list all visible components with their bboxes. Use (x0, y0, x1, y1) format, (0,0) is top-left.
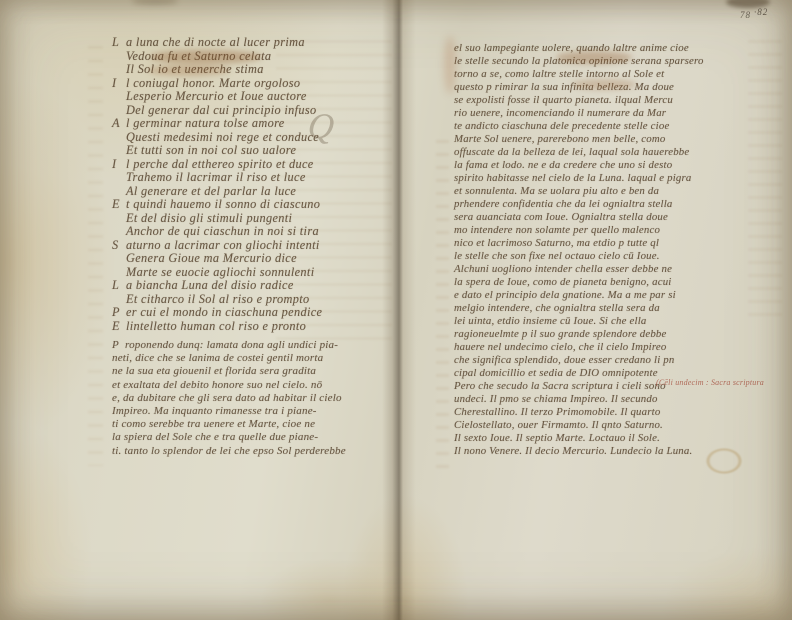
prose-line-text: le stelle secundo la platonica opinione … (454, 55, 704, 68)
prose-line-text: Impireo. Ma inquanto rimanesse tra i pia… (112, 405, 317, 418)
prose-line-text: Pero che secudo la Sacra scriptura i cie… (454, 380, 666, 393)
prose-line: Marte Sol uenere, parerebono men belle, … (454, 133, 760, 146)
prose-line: torno a se, como laltre stelle intorno a… (454, 68, 760, 81)
verse-line-text: Et del disio gli stimuli pungenti (126, 212, 292, 226)
prose-line-text: el suo lampegiante uolere, quando laltre… (454, 42, 689, 55)
verse-initial (112, 293, 126, 307)
verse-initial (112, 212, 126, 226)
prose-line: spirito habitasse nel cielo de la Luna. … (454, 172, 760, 185)
verse-line: A l germinar natura tolse amore (112, 117, 404, 131)
verse-initial: P (112, 306, 126, 320)
verse-line-text: t quindi hauemo il sonno di ciascuno (126, 198, 320, 212)
prose-line-text: offuscate da la belleza de lei, laqual s… (454, 146, 689, 159)
prose-line-text: undeci. Il pmo se chiama Impireo. Il sec… (454, 393, 658, 406)
verse-line: P er cui el mondo in ciaschuna pendice (112, 306, 404, 320)
verse-initial (112, 50, 126, 64)
verse-line-text: Anchor de qui ciaschun in noi si tira (126, 225, 319, 239)
prose-line-text: la spiera del Sole che e tra quelle due … (112, 431, 318, 444)
verse-line: E lintelletto human col riso e pronto (112, 320, 404, 334)
prose-line: la spera de Ioue, como de pianeta benign… (454, 276, 760, 289)
prose-line: Impireo. Ma inquanto rimanesse tra i pia… (112, 405, 404, 418)
verse-line-text: Del generar dal cui principio infuso (126, 104, 317, 118)
pen-flourish: Q (306, 108, 336, 144)
right-page-text: el suo lampegiante uolere, quando laltre… (454, 42, 760, 458)
prose-line-text: lei uinta, etdio insieme cū Ioue. Si che… (454, 315, 647, 328)
prose-line-text: ti como serebbe tra uenere et Marte, cio… (112, 418, 315, 431)
prose-line: le stelle che son fixe nel octauo cielo … (454, 250, 760, 263)
prose-line: te andicto ciaschuna dele precedente ste… (454, 120, 760, 133)
prose-line: la fama et lodo. ne e da credere che uno… (454, 159, 760, 172)
prose-line: prhendere confidentia che da lei ognialt… (454, 198, 760, 211)
folio-number-alt: ·82 (754, 7, 768, 17)
prose-line-text: hauere nel undecimo cielo, che il cielo … (454, 341, 666, 354)
prose-line: el suo lampegiante uolere, quando laltre… (454, 42, 760, 55)
verse-line: Il Sol io et uenerche stima (112, 63, 404, 77)
verse-initial: S (112, 239, 126, 253)
verse-line-text: Lesperio Mercurio et Ioue auctore (126, 90, 307, 104)
verse-initial (112, 144, 126, 158)
left-page-prose: P roponendo dunq: lamata dona agli undic… (112, 339, 404, 458)
verse-line: Vedoua fu et Saturno celata (112, 50, 404, 64)
prose-line-text: nico et lacrimoso Saturno, ma etdio p tu… (454, 237, 659, 250)
verse-initial (112, 171, 126, 185)
prose-line-text: cipal domicillio et sedia de DIO omnipot… (454, 367, 658, 380)
verse-line: Et del disio gli stimuli pungenti (112, 212, 404, 226)
verse-initial (112, 266, 126, 280)
prose-line: ne la sua eta giouenil et florida sera g… (112, 365, 404, 378)
prose-line-text: Cherestallino. Il terzo Primomobile. Il … (454, 406, 660, 419)
prose-line: ti. tanto lo splendor de lei che epso So… (112, 445, 404, 458)
verse-line: S aturno a lacrimar con gliochi intenti (112, 239, 404, 253)
verse-initial (112, 185, 126, 199)
verse-initial: L (112, 279, 126, 293)
prose-line: neti, dice che se lanima de costei genti… (112, 352, 404, 365)
verse-line-text: a luna che di nocte al lucer prima (126, 36, 305, 50)
prose-line: Il sexto Ioue. Il septio Marte. Loctauo … (454, 432, 760, 445)
prose-line-text: ti. tanto lo splendor de lei che epso So… (112, 445, 346, 458)
verse-line-text: Al generare et del parlar la luce (126, 185, 296, 199)
verse-line: Al generare et del parlar la luce (112, 185, 404, 199)
prose-line-text: Il sexto Ioue. Il septio Marte. Loctauo … (454, 432, 660, 445)
prose-line: se expolisti fosse il quarto pianeta. il… (454, 94, 760, 107)
verse-initial (112, 104, 126, 118)
prose-line: undeci. Il pmo se chiama Impireo. Il sec… (454, 393, 760, 406)
prose-line: et sonnulenta. Ma se uolara piu alto e b… (454, 185, 760, 198)
prose-line: Il nono Venere. Il decio Mercurio. Lunde… (454, 445, 760, 458)
prose-line-text: la spera de Ioue, como de pianeta benign… (454, 276, 672, 289)
verse-line: Genera Gioue ma Mercurio dice (112, 252, 404, 266)
verse-line: I l coniugal honor. Marte orgoloso (112, 77, 404, 91)
verse-line-text: er cui el mondo in ciaschuna pendice (126, 306, 322, 320)
prose-line-text: ragioneuelmte p il suo grande splendore … (454, 328, 667, 341)
prose-line: offuscate da la belleza de lei, laqual s… (454, 146, 760, 159)
prose-initial: P (112, 339, 125, 352)
prose-line-text: melgio intendere, che ognialtra stella s… (454, 302, 660, 315)
prose-line-text: che significa splendido, doue esser cred… (454, 354, 675, 367)
verse-line-text: l germinar natura tolse amore (126, 117, 285, 131)
verse-line: I l perche dal etthereo spirito et duce (112, 158, 404, 172)
verse-initial: I (112, 158, 126, 172)
prose-line-text: Cielostellato, ouer Firmamto. Il qnto Sa… (454, 419, 663, 432)
verse-line-text: Marte se euocie agliochi sonnulenti (126, 266, 314, 280)
prose-line: la spiera del Sole che e tra quelle due … (112, 431, 404, 444)
verse-initial (112, 225, 126, 239)
verse-line-text: Trahemo il lacrimar il riso et luce (126, 171, 306, 185)
manuscript-photo: L a luna che di nocte al lucer prima Ved… (0, 0, 792, 620)
prose-line-text: se expolisti fosse il quarto pianeta. il… (454, 94, 673, 107)
prose-line: le stelle secundo la platonica opinione … (454, 55, 760, 68)
prose-line: P roponendo dunq: lamata dona agli undic… (112, 339, 404, 352)
verse-initial (112, 252, 126, 266)
prose-line: Cherestallino. Il terzo Primomobile. Il … (454, 406, 760, 419)
verse-line-text: a biancha Luna del disio radice (126, 279, 294, 293)
prose-line-text: rio uenere, incomenciando il numerare da… (454, 107, 666, 120)
verse-initial: E (112, 320, 126, 334)
verse-line: Et tutti son in noi col suo ualore (112, 144, 404, 158)
verse-line: Anchor de qui ciaschun in noi si tira (112, 225, 404, 239)
verse-line: L a luna che di nocte al lucer prima (112, 36, 404, 50)
verse-initial (112, 131, 126, 145)
rubric-margin-note: (Cēli undecim : Sacra scriptura (656, 378, 788, 387)
verse-line: Et citharco il Sol al riso e prompto (112, 293, 404, 307)
verse-line-text: Et citharco il Sol al riso e prompto (126, 293, 310, 307)
prose-line-text: Marte Sol uenere, parerebono men belle, … (454, 133, 665, 146)
prose-line: e dato el principio dela gnatione. Ma a … (454, 289, 760, 302)
verse-line-text: l coniugal honor. Marte orgoloso (126, 77, 300, 91)
prose-line-text: neti, dice che se lanima de costei genti… (112, 352, 323, 365)
folio-number: 78·82 (740, 10, 768, 20)
prose-line: sera auanciata com Ioue. Ognialtra stell… (454, 211, 760, 224)
verse-line: Trahemo il lacrimar il riso et luce (112, 171, 404, 185)
verse-line: L a biancha Luna del disio radice (112, 279, 404, 293)
prose-line-text: sera auanciata com Ioue. Ognialtra stell… (454, 211, 668, 224)
prose-line: questo p rimirar la sua infinita belleza… (454, 81, 760, 94)
prose-line-text: roponendo dunq: lamata dona agli undici … (125, 339, 338, 352)
verse-initial: A (112, 117, 126, 131)
prose-line: mo intendere non solamte per quello male… (454, 224, 760, 237)
prose-line-text: spirito habitasse nel cielo de la Luna. … (454, 172, 692, 185)
prose-line: ragioneuelmte p il suo grande splendore … (454, 328, 760, 341)
verse-line: E t quindi hauemo il sonno di ciascuno (112, 198, 404, 212)
prose-line-text: le stelle che son fixe nel octauo cielo … (454, 250, 660, 263)
verse-line-text: Vedoua fu et Saturno celata (126, 50, 271, 64)
prose-line: che significa splendido, doue esser cred… (454, 354, 760, 367)
verse-line-text: l perche dal etthereo spirito et duce (126, 158, 314, 172)
verse-initial: I (112, 77, 126, 91)
verse-initial: L (112, 36, 126, 50)
left-page-verse: L a luna che di nocte al lucer prima Ved… (112, 36, 404, 333)
verse-line: Del generar dal cui principio infuso (112, 104, 404, 118)
verse-line-text: Il Sol io et uenerche stima (126, 63, 264, 77)
prose-line: Alchuni uogliono intender chella esser d… (454, 263, 760, 276)
verse-line-text: Genera Gioue ma Mercurio dice (126, 252, 297, 266)
prose-line: e, da dubitare che gli sera dato ad habi… (112, 392, 404, 405)
show-through-marks (88, 46, 103, 466)
edge-stain (132, 0, 178, 5)
verse-initial (112, 90, 126, 104)
prose-line-text: et sonnulenta. Ma se uolara piu alto e b… (454, 185, 659, 198)
prose-line-text: prhendere confidentia che da lei ognialt… (454, 198, 673, 211)
prose-line: hauere nel undecimo cielo, che il cielo … (454, 341, 760, 354)
prose-line-text: ne la sua eta giouenil et florida sera g… (112, 365, 316, 378)
left-page-text: L a luna che di nocte al lucer prima Ved… (112, 36, 404, 458)
prose-line-text: Il nono Venere. Il decio Mercurio. Lunde… (454, 445, 692, 458)
show-through-marks (436, 140, 449, 470)
prose-line: Cielostellato, ouer Firmamto. Il qnto Sa… (454, 419, 760, 432)
verse-line-text: lintelletto human col riso e pronto (126, 320, 306, 334)
prose-line-text: la fama et lodo. ne e da credere che uno… (454, 159, 672, 172)
prose-line-text: e, da dubitare che gli sera dato ad habi… (112, 392, 342, 405)
verse-line: Questi medesimi noi rege et conduce (112, 131, 404, 145)
verse-line-text: aturno a lacrimar con gliochi intenti (126, 239, 320, 253)
verse-line: Lesperio Mercurio et Ioue auctore (112, 90, 404, 104)
prose-line-text: mo intendere non solamte per quello male… (454, 224, 660, 237)
prose-line: rio uenere, incomenciando il numerare da… (454, 107, 760, 120)
prose-line: et exaltata del debito honore suo nel ci… (112, 379, 404, 392)
prose-line: ti como serebbe tra uenere et Marte, cio… (112, 418, 404, 431)
prose-line-text: torno a se, como laltre stelle intorno a… (454, 68, 664, 81)
prose-line-text: te andicto ciaschuna dele precedente ste… (454, 120, 669, 133)
prose-line: nico et lacrimoso Saturno, ma etdio p tu… (454, 237, 760, 250)
verse-line-text: Questi medesimi noi rege et conduce (126, 131, 319, 145)
verse-line-text: Et tutti son in noi col suo ualore (126, 144, 296, 158)
prose-line-text: Alchuni uogliono intender chella esser d… (454, 263, 672, 276)
prose-line: lei uinta, etdio insieme cū Ioue. Si che… (454, 315, 760, 328)
verse-line: Marte se euocie agliochi sonnulenti (112, 266, 404, 280)
verse-initial: E (112, 198, 126, 212)
folio-number-main: 78 (740, 10, 751, 20)
verse-initial (112, 63, 126, 77)
prose-line-text: e dato el principio dela gnatione. Ma a … (454, 289, 676, 302)
prose-line: melgio intendere, che ognialtra stella s… (454, 302, 760, 315)
prose-line-text: et exaltata del debito honore suo nel ci… (112, 379, 322, 392)
prose-line-text: questo p rimirar la sua infinita belleza… (454, 81, 674, 94)
